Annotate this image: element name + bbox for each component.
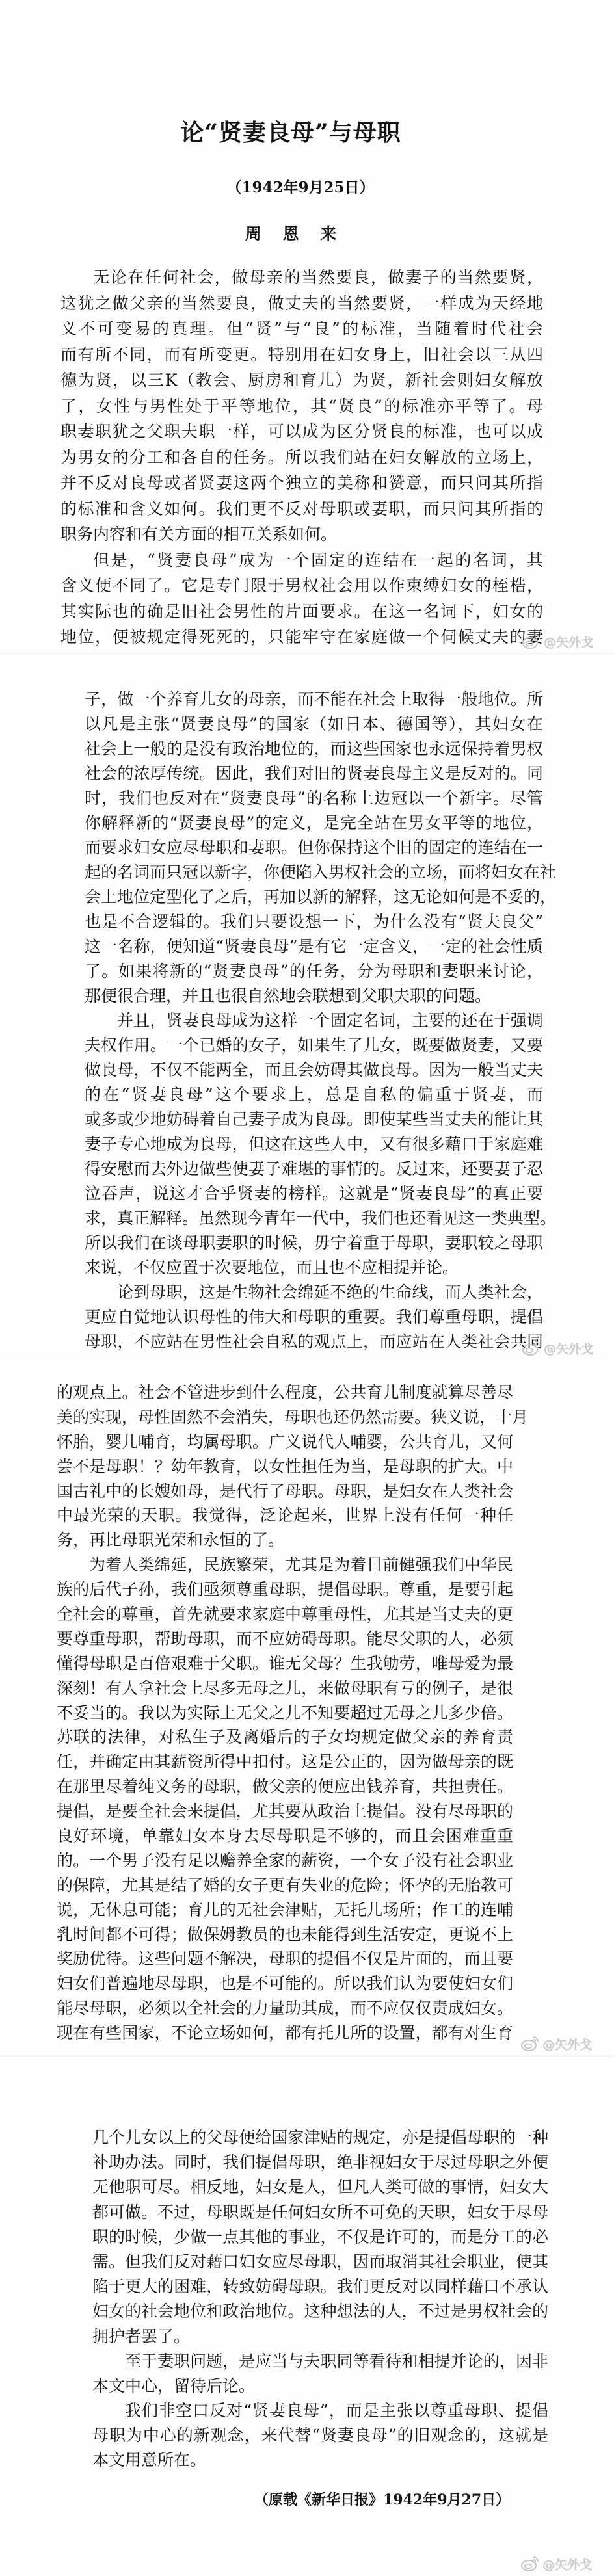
source-note: （原载《新华日报》1942年9月27日） xyxy=(254,2489,514,2509)
watermark: @矢外戈 xyxy=(522,1338,613,1358)
text-line: 本文用意所在。 xyxy=(92,2448,548,2473)
text-line: 无论在任何社会，做母亲的当然要良，做妻子的当然要贤， xyxy=(60,265,543,291)
text-line: 职妻职犹之父职夫职一样，可以成为区分贤良的标准，也可以成 xyxy=(60,419,543,445)
text-line: 所以我们在谈母职妻职的时候，毋宁着重于母职，妻职较之母职 xyxy=(85,1231,543,1255)
text-line: 妇女们普遍地尽母职，也是不可能的。所以我们认为要使妇女们 xyxy=(57,1971,513,1996)
text-line: 要尊重母职，帮助母职，而不应妨碍母职。能尽父职的人，必须 xyxy=(57,1627,513,1651)
text-line: 时，我们也反对在“贤妻良母”的名称上边冠以一个新字。尽管 xyxy=(85,786,543,811)
text-line: 全社会的尊重，首先就要求家庭中尊重母性，尤其是当丈夫的更 xyxy=(57,1602,513,1627)
text-line: 陷于更大的困难，转致妨碍母职。我们更反对以同样藉口不承认 xyxy=(92,2274,548,2299)
article-author: 周 恩 来 xyxy=(0,221,589,244)
text-line: 地位，便被规定得死死的，只能牢守在家庭做一个伺候丈夫的妻 xyxy=(60,624,543,650)
text-line: 国古礼中的长嫂如母，是代行了母职。母职，是妇女在人类社会 xyxy=(57,1479,513,1504)
text-line: 无他职可尽。相反地，妇女是人，但凡人类可做的事情，妇女大 xyxy=(92,2175,548,2200)
article-title: 论“贤妻良母”与母职 xyxy=(0,114,581,148)
text-line: 苏联的法律，对私生子及离婚后的子女均规定做父亲的养育责 xyxy=(57,1725,513,1750)
text-line: 尝不是母职！？幼年教育，以女性担任为当，是母职的扩大。中 xyxy=(57,1454,513,1479)
watermark-text: @矢外戈 xyxy=(544,1339,593,1357)
text-line: 母职为中心的新观念，来代替“贤妻良母”的旧观念的，这就是 xyxy=(92,2423,548,2448)
text-line: 母职，不应站在男性社会自私的观点上，而应站在人类社会共同 xyxy=(85,1330,543,1354)
text-line: 务，再比母职光荣和永恒的了。 xyxy=(57,1528,513,1553)
weibo-logo-icon xyxy=(522,1339,541,1357)
text-line: 的在“贤妻良母”这个要求上，总是自私的偏重于贤妻，而 xyxy=(85,1083,543,1107)
text-line: 或多或少地妨碍着自己妻子成为良母。即使某些当丈夫的能让其 xyxy=(85,1107,543,1132)
text-line: 并且，贤妻良母成为这样一个固定名词，主要的还在于强调 xyxy=(85,1008,543,1033)
text-line: 也是不合逻辑的。我们只要设想一下，为什么没有“贤夫良父” xyxy=(85,910,543,934)
text-line: 良好环境，单靠妇女本身去尽母职是不够的，而且会困难重重 xyxy=(57,1824,513,1848)
text-line: 会上地位定型化了之后，再加以新的解释，这无论如何是不妥的， xyxy=(85,885,543,910)
text-line: 能尽母职，必须以全社会的力量助其成，而不应仅仅责成妇女。 xyxy=(57,1996,513,2021)
text-section-1: 无论在任何社会，做母亲的当然要良，做妻子的当然要贤， 这犹之做父亲的当然要良，做… xyxy=(60,265,543,650)
watermark-text: @矢外戈 xyxy=(542,2555,592,2573)
text-line: 做良母，不仅不能两全，而且会妨碍其做良母。因为一般当丈夫 xyxy=(85,1058,543,1083)
text-line: 奖励优待。这些问题不解决，母职的提倡不仅是片面的，而且要 xyxy=(57,1947,513,1971)
text-line: 其实际也的确是旧社会男性的片面要求。在这一名词下，妇女的 xyxy=(60,599,543,625)
text-line: 那便很合理，并且也很自然地会联想到父职夫职的问题。 xyxy=(85,984,543,1008)
text-line: 的观点上。社会不管进步到什么程度，公共育儿制度就算尽善尽 xyxy=(57,1380,513,1405)
weibo-logo-icon xyxy=(522,632,541,650)
watermark: @矢外戈 xyxy=(520,2034,611,2053)
watermark: @矢外戈 xyxy=(522,631,613,651)
text-line: 现在有些国家，不论立场如何，都有托儿所的设置，都有对生育 xyxy=(57,2021,513,2045)
text-line: 美的实现，母性固然不会消失，母职也还仍然需要。狭义说，十月 xyxy=(57,1405,513,1430)
text-line: 为着人类绵延，民族繁荣，尤其是为着目前健强我们中华民 xyxy=(57,1553,513,1577)
article-date: （1942年9月25日） xyxy=(0,176,601,197)
text-line: 更应自觉地认识母性的伟大和母职的重要。我们尊重母职，提倡 xyxy=(85,1305,543,1330)
text-line: 懂得母职是百倍艰难于父职。谁无父母？生我劬劳，唯母爱为最 xyxy=(57,1651,513,1676)
text-line: 起的名词而只冠以新字，你便陷入男权社会的立场，而将妇女在社 xyxy=(85,860,543,885)
text-line: 了，女性与男性处于平等地位，其“贤良”的标准亦平等了。母 xyxy=(60,393,543,419)
text-line: 得安慰而去外边做些使妻子难堪的事情的。反过来，还要妻子忍 xyxy=(85,1157,543,1181)
text-line: 夫权作用。一个已婚的女子，如果生了儿女，既要做贤妻，又要 xyxy=(85,1033,543,1058)
text-line: 来说，不仅应置于次要地位，而且也不应相提并论。 xyxy=(85,1255,543,1280)
text-line: 了。如果将新的“贤妻良母”的任务，分为母职和妻职来讨论， xyxy=(85,959,543,984)
text-line: 我们非空口反对“贤妻良母”，而是主张以尊重母职、提倡 xyxy=(92,2399,548,2423)
text-line: 社会上一般的是没有政治地位的，而这些国家也永远保持着男权 xyxy=(85,737,543,761)
text-line: 中最光荣的天职。我觉得，泛论起来，世界上没有任何一种任 xyxy=(57,1503,513,1528)
text-line: 你解释新的“贤妻良母”的定义，是完全站在男女平等的地位， xyxy=(85,811,543,835)
text-line: 德为贤，以三K（教会、厨房和育儿）为贤，新社会则妇女解放 xyxy=(60,367,543,393)
weibo-logo-icon xyxy=(520,2555,540,2573)
text-line: 提倡，是要全社会来提倡，尤其要从政治上提倡。没有尽母职的 xyxy=(57,1799,513,1824)
text-line: 以凡是主张“贤妻良母”的国家（如日本、德国等），其妇女在 xyxy=(85,712,543,737)
text-line: 为男女的分工和各自的任务。所以我们站在妇女解放的立场上， xyxy=(60,445,543,471)
text-line: 这一名称，便知道“贤妻良母”是有它一定含义，一定的社会性质 xyxy=(85,934,543,959)
text-line: 论到母职，这是生物社会绵延不绝的生命线，而人类社会， xyxy=(85,1280,543,1305)
text-line: 妻子专心地成为良母，但这在这些人中，又有很多藉口于家庭难 xyxy=(85,1132,543,1157)
text-line: 求，真正解释。虽然现今青年一代中，我们也还看见这一类典型。 xyxy=(85,1206,543,1231)
text-line: 子，做一个养育儿女的母亲，而不能在社会上取得一般地位。所 xyxy=(85,687,543,712)
text-line: 在那里尽着纯义务的母职，做父亲的便应出钱养育，共担责任。 xyxy=(57,1774,513,1799)
text-line: 拥护者罢了。 xyxy=(92,2324,548,2349)
text-line: 说，无休息可能；育儿的无社会津贴，无托儿场所；作工的连哺 xyxy=(57,1898,513,1923)
text-section-3: 的观点上。社会不管进步到什么程度，公共育儿制度就算尽善尽 美的实现，母性固然不会… xyxy=(57,1380,513,2045)
text-line: 而要求妇女应尽母职和妻职。但你保持这个旧的固定的连结在一 xyxy=(85,835,543,860)
text-line: 而有所不同，而有所变更。特别用在妇女身上，旧社会以三从四 xyxy=(60,342,543,368)
text-line: 至于妻职问题，是应当与夫职同等看待和相提并论的，因非 xyxy=(92,2349,548,2374)
text-line: 乳时间都不可得；做保姆教员的也未能得到生活安定，更说不上 xyxy=(57,1923,513,1947)
text-line: 怀胎，婴儿哺育，均属母职。广义说代人哺婴，公共育儿，又何 xyxy=(57,1430,513,1454)
text-line: 社会的浓厚传统。因此，我们对旧的贤妻良母主义是反对的。同 xyxy=(85,761,543,786)
text-line: 但是，“贤妻良母”成为一个固定的连结在一起的名词，其 xyxy=(60,547,543,573)
watermark-text: @矢外戈 xyxy=(542,2035,592,2053)
text-line: 职务内容和有关方面的相互关系如何。 xyxy=(60,521,543,547)
text-line: 职的时候，少做一点其他的事业，不仅是许可的，而是分工的必 xyxy=(92,2225,548,2250)
watermark-text: @矢外戈 xyxy=(544,633,593,650)
text-line: 泣吞声，说这才合乎贤妻的榜样。这就是“贤妻良母”的真正要 xyxy=(85,1181,543,1206)
text-line: 都可做。不过，母职既是任何妇女所不可免的天职，妇女于尽母 xyxy=(92,2200,548,2225)
text-line: 的保障，尤其是结了婚的女子更有失业的危险；怀孕的无胎教可 xyxy=(57,1873,513,1898)
text-line: 义不可变易的真理。但“贤”与“良”的标准，当随着时代社会 xyxy=(60,316,543,342)
text-line: 的。一个男子没有足以赡养全家的薪资，一个女子没有社会职业 xyxy=(57,1848,513,1873)
text-line: 妇女的社会地位和政治地位。这种想法的人，不过是男权社会的 xyxy=(92,2299,548,2324)
text-section-2: 子，做一个养育儿女的母亲，而不能在社会上取得一般地位。所 以凡是主张“贤妻良母”… xyxy=(85,687,543,1354)
text-line: 需。但我们反对藉口妇女应尽母职，因而取消其社会职业，使其 xyxy=(92,2250,548,2274)
text-line: 任，并确定由其薪资所得中扣付。这是公正的，因为做母亲的既 xyxy=(57,1750,513,1774)
weibo-logo-icon xyxy=(520,2034,540,2053)
text-line: 几个儿女以上的父母便给国家津贴的规定，亦是提倡母职的一种 xyxy=(92,2125,548,2150)
text-line: 本文中心，留待后论。 xyxy=(92,2374,548,2399)
watermark: @矢外戈 xyxy=(520,2554,611,2573)
text-line: 补助办法。同时，我们提倡母职，绝非视妇女于尽过母职之外便 xyxy=(92,2150,548,2175)
text-section-4: 几个儿女以上的父母便给国家津贴的规定，亦是提倡母职的一种 补助办法。同时，我们提… xyxy=(92,2125,548,2473)
text-line: 含义便不同了。它是专门限于男权社会用以作束缚妇女的桎梏， xyxy=(60,573,543,599)
text-line: 的标准和含义如何。我们更不反对母职或妻职，而只问其所指的 xyxy=(60,496,543,522)
text-line: 族的后代子孙，我们亟须尊重母职，提倡母职。尊重，是要引起 xyxy=(57,1577,513,1602)
text-line: 深刻！有人拿社会上尽多无母之儿，来做母职有亏的例子，是很 xyxy=(57,1676,513,1701)
text-line: 不妥当的。我以为实际上无父之儿不知要超过无母之儿多少倍。 xyxy=(57,1701,513,1726)
text-line: 并不反对良母或者贤妻这两个独立的美称和赞意，而只问其所指 xyxy=(60,470,543,496)
text-line: 这犹之做父亲的当然要良，做丈夫的当然要贤，一样成为天经地 xyxy=(60,291,543,317)
